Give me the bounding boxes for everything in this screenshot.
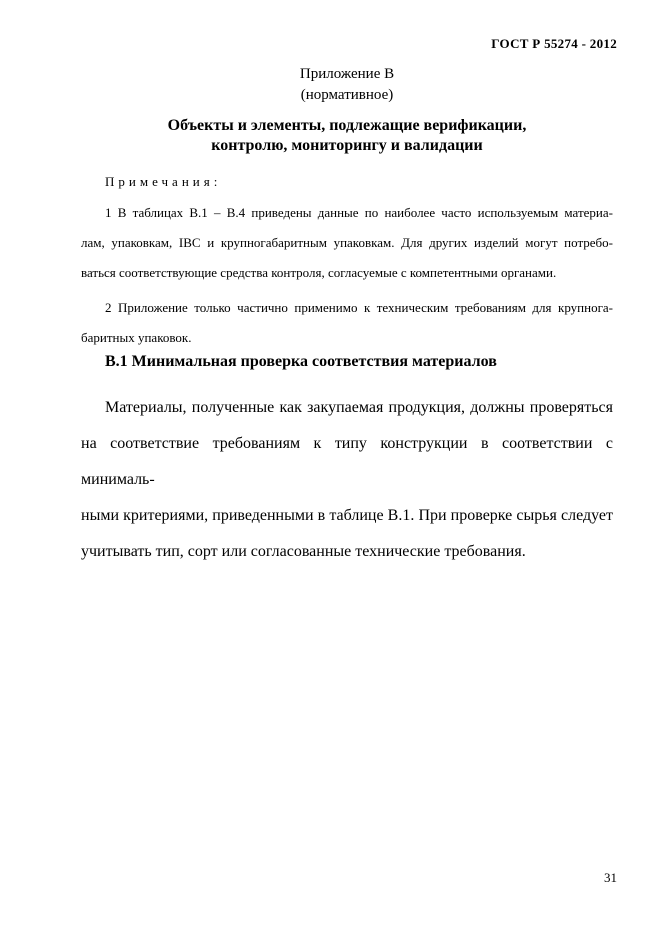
body-paragraph-line-4: учитывать тип, сорт или согласованные те… [81,534,613,570]
note-1-line-2: лам, упаковкам, IBC и крупногабаритным у… [81,228,613,258]
appendix-block: Приложение В (нормативное) [81,64,613,106]
notes-label: Примечания: [81,174,613,190]
document-title: Объекты и элементы, подлежащие верификац… [81,116,613,156]
body-paragraph-line-2: на соответствие требованиям к типу конст… [81,426,613,498]
page-number: 31 [604,870,617,886]
note-2-line-1: 2 Приложение только частично применимо к… [81,293,613,323]
note-1-line-1: 1 В таблицах В.1 – В.4 приведены данные … [81,198,613,228]
note-1: 1 В таблицах В.1 – В.4 приведены данные … [81,198,613,288]
body-paragraph-line-3: ными критериями, приведенными в таблице … [81,498,613,534]
note-1-line-3: ваться соответствующие средства контроля… [81,258,613,288]
appendix-title: Приложение В [81,64,613,85]
doc-number: ГОСТ Р 55274 - 2012 [491,36,617,52]
appendix-type: (нормативное) [81,85,613,106]
document-page: ГОСТ Р 55274 - 2012 Приложение В (нормат… [0,0,661,935]
body-paragraph: Материалы, полученные как закупаемая про… [81,390,613,570]
body-paragraph-line-1: Материалы, полученные как закупаемая про… [81,390,613,426]
document-title-line2: контролю, мониторингу и валидации [81,136,613,156]
section-heading: В.1 Минимальная проверка соответствия ма… [81,352,613,372]
note-2: 2 Приложение только частично применимо к… [81,293,613,353]
note-2-line-2: баритных упаковок. [81,323,613,353]
document-title-line1: Объекты и элементы, подлежащие верификац… [81,116,613,136]
